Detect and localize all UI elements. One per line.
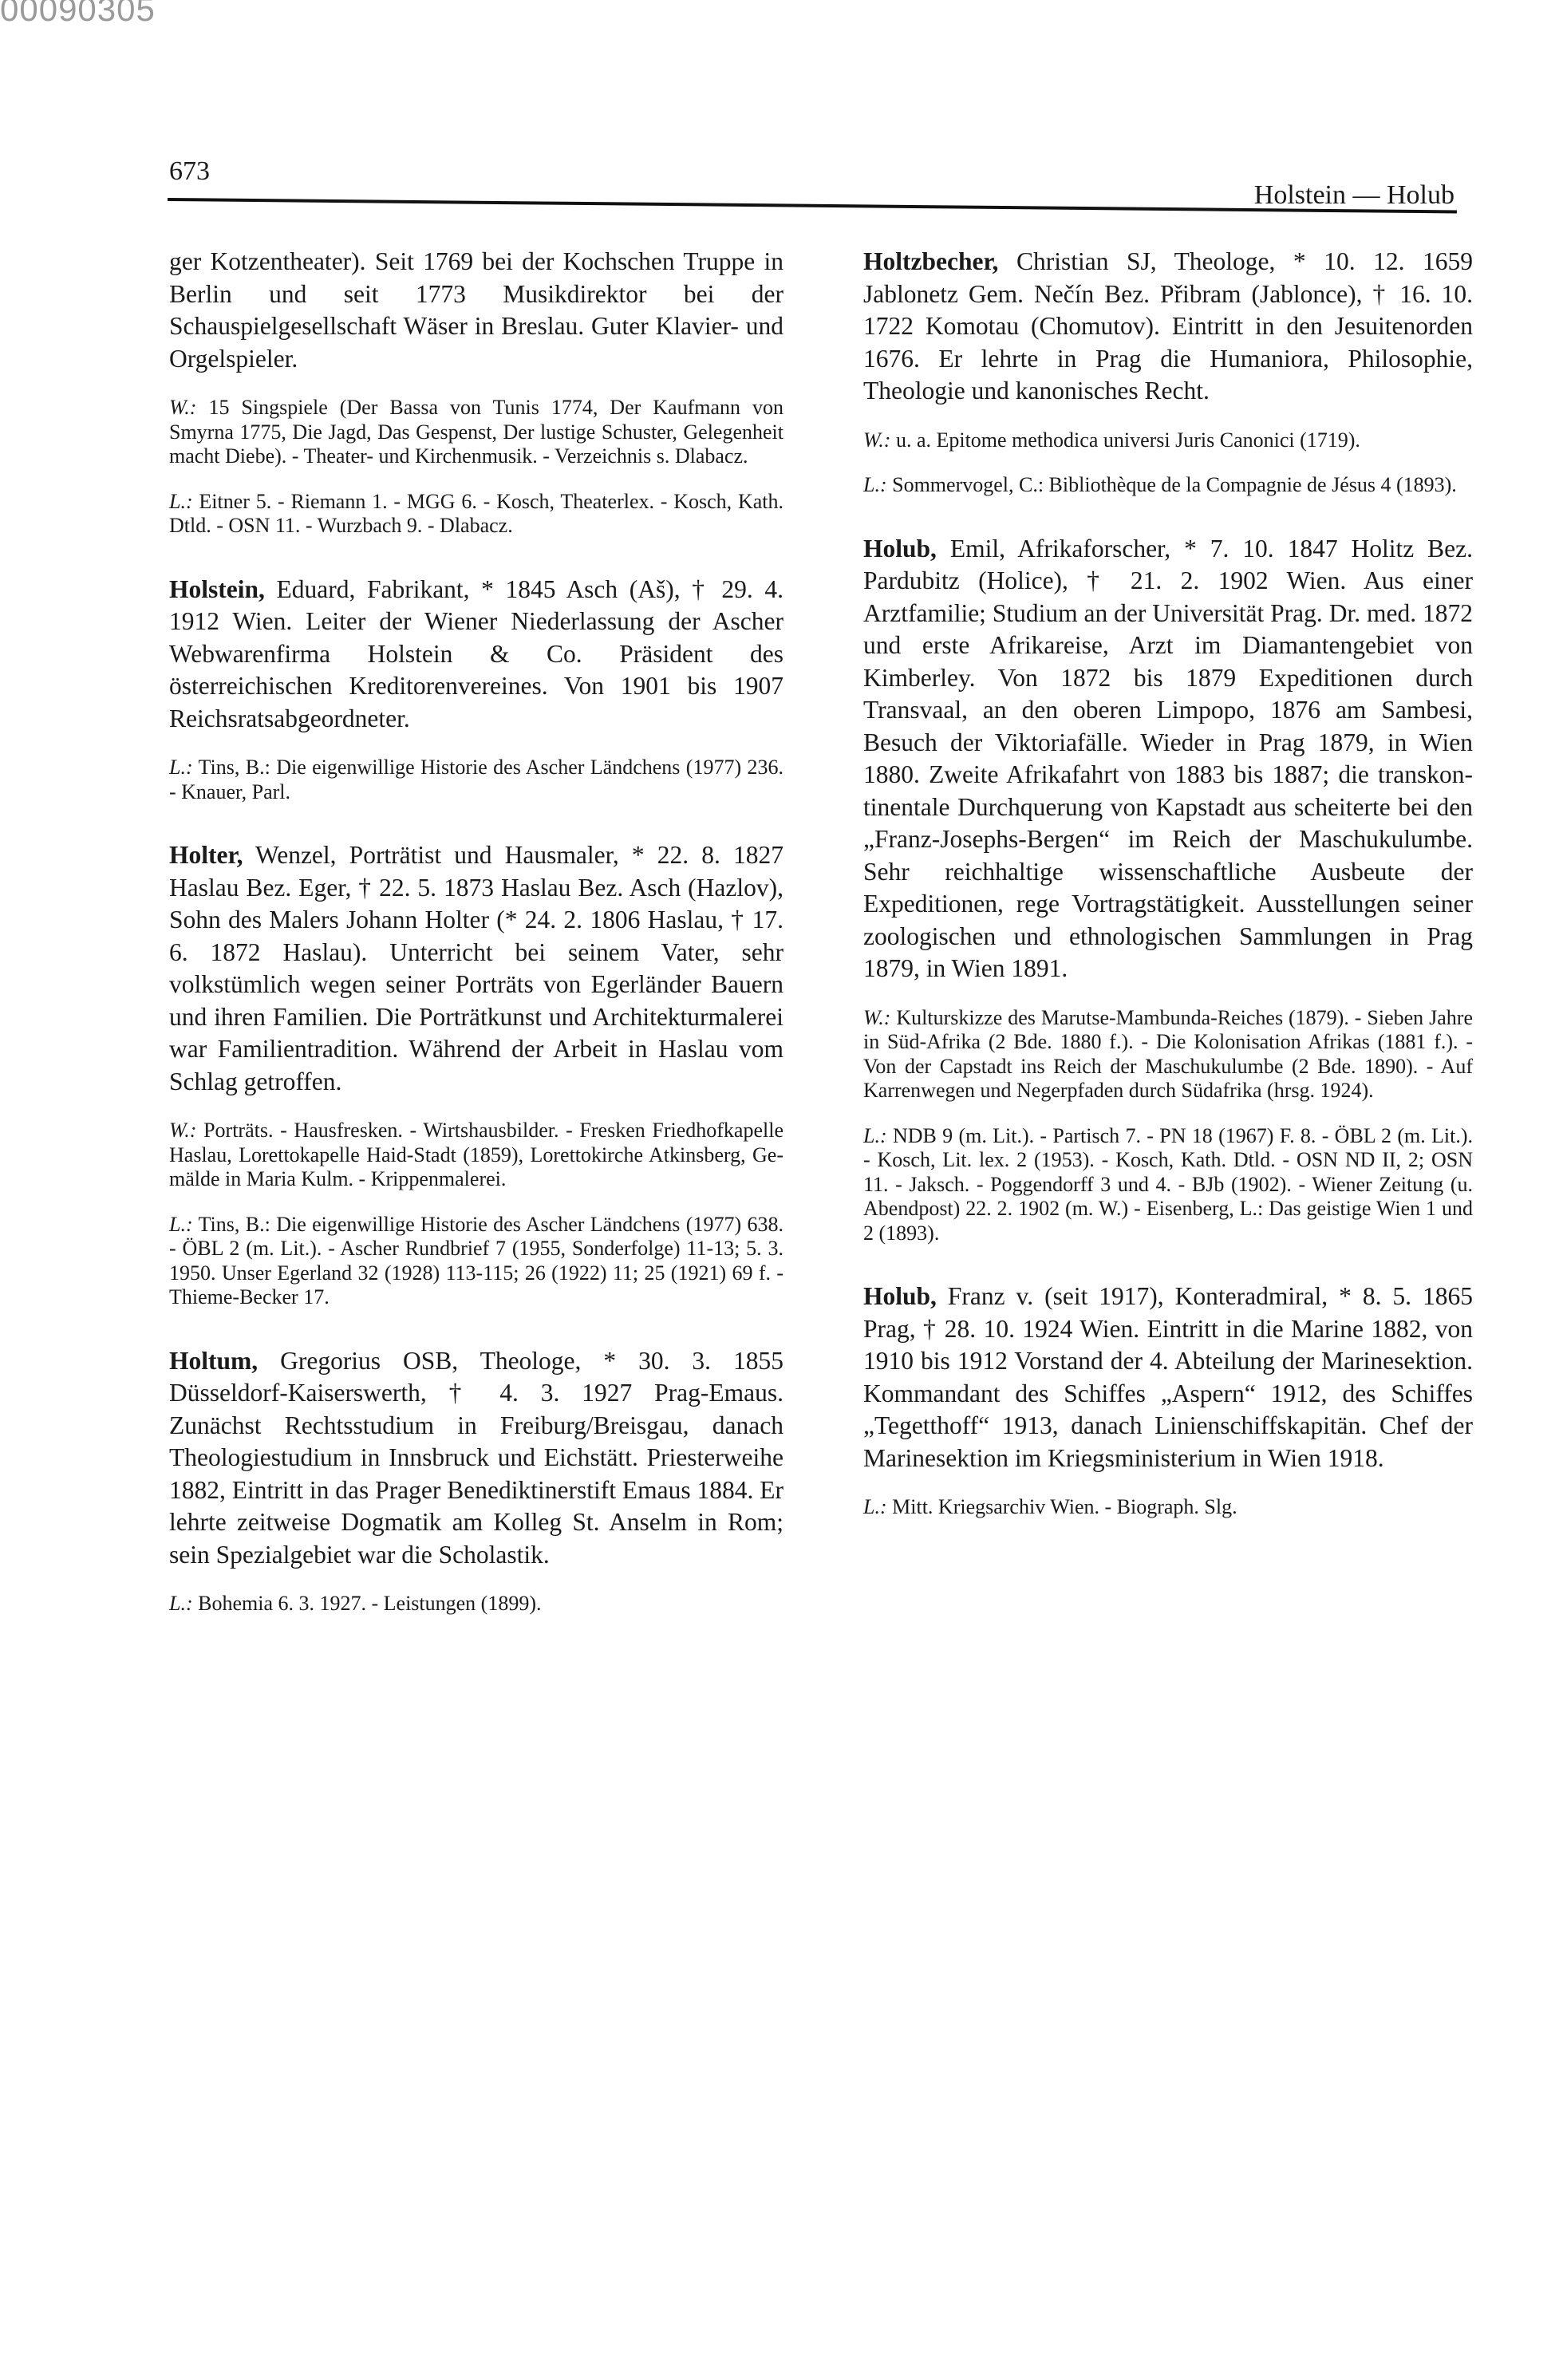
literature-label: L.: bbox=[169, 1213, 193, 1236]
literature-text: NDB 9 (m. Lit.). - Partisch 7. - PN 18 (… bbox=[863, 1124, 1473, 1245]
works-list: W.: 15 Singspiele (Der Bassa von Tunis 1… bbox=[169, 396, 783, 469]
left-column: ger Kotzentheater). Seit 1769 bei der Ko… bbox=[169, 246, 783, 1652]
literature-list: L.: Bohemia 6. 3. 1927. - Leistungen (18… bbox=[169, 1592, 783, 1616]
entry-holter-wenzel: Holter, Wenzel, Porträtist und Hausmaler… bbox=[169, 839, 783, 1310]
entry-body: Holtzbecher, Christian SJ, Theologe, * 1… bbox=[863, 246, 1473, 408]
entry-text: Franz v. (seit 1917), Konteradmiral, * 8… bbox=[863, 1282, 1473, 1472]
entry-text: Emil, Afrikaforscher, * 7. 10. 1847 Ho­l… bbox=[863, 535, 1473, 983]
works-label: W.: bbox=[169, 396, 196, 419]
entry-body: Holub, Franz v. (seit 1917), Konteradmir… bbox=[863, 1281, 1473, 1474]
literature-text: Sommervogel, C.: Bibliothèque de la Comp… bbox=[892, 473, 1457, 496]
running-head: Holstein — Holub bbox=[1254, 180, 1454, 211]
entry-body: Holstein, Eduard, Fabrikant, * 1845 Asch… bbox=[169, 574, 783, 736]
entry-headword: Holub, bbox=[863, 535, 937, 562]
works-list: W.: u. a. Epitome methodica universi Jur… bbox=[863, 428, 1473, 453]
literature-label: L.: bbox=[863, 473, 887, 496]
literature-label: L.: bbox=[169, 756, 193, 779]
works-text: Porträts. - Hausfresken. - Wirtshausbild… bbox=[169, 1119, 783, 1190]
entry-body: Holter, Wenzel, Porträtist und Hausmaler… bbox=[169, 839, 783, 1098]
entry-text: Wenzel, Porträtist und Hausmaler, * 22. … bbox=[169, 841, 783, 1095]
works-label: W.: bbox=[169, 1119, 196, 1142]
entry-body: Holtum, Gregorius OSB, Theologe, * 30. 3… bbox=[169, 1345, 783, 1572]
entry-headword: Holter, bbox=[169, 841, 243, 869]
literature-text: Tins, B.: Die eigenwillige Historie des … bbox=[169, 1213, 783, 1309]
right-column: Holtzbecher, Christian SJ, Theologe, * 1… bbox=[863, 246, 1473, 1555]
literature-label: L.: bbox=[169, 1592, 193, 1615]
literature-label: L.: bbox=[863, 1495, 887, 1518]
literature-text: Bohemia 6. 3. 1927. - Leistungen (1899). bbox=[198, 1592, 541, 1615]
entry-headword: Holtum, bbox=[169, 1347, 258, 1375]
entry-holub-emil: Holub, Emil, Afrikaforscher, * 7. 10. 18… bbox=[863, 533, 1473, 1246]
entry-body: ger Kotzentheater). Seit 1769 bei der Ko… bbox=[169, 246, 783, 375]
literature-label: L.: bbox=[863, 1124, 887, 1147]
entry-text: Gregorius OSB, Theologe, * 30. 3. 1855 D… bbox=[169, 1347, 783, 1569]
works-text: Kulturskizze des Marutse-Mambunda-Reiche… bbox=[863, 1006, 1473, 1103]
entry-headword: Holtzbecher, bbox=[863, 247, 998, 275]
entry-holtzbecher-christian: Holtzbecher, Christian SJ, Theologe, * 1… bbox=[863, 246, 1473, 498]
works-text: 15 Singspiele (Der Bassa von Tunis 1774,… bbox=[169, 396, 783, 468]
entry-headword: Holstein, bbox=[169, 575, 265, 603]
works-text: u. a. Epitome methodica universi Juris C… bbox=[896, 428, 1360, 452]
literature-list: L.: Sommervogel, C.: Bibliothèque de la … bbox=[863, 473, 1473, 498]
literature-text: Eitner 5. - Riemann 1. - MGG 6. - Kosch,… bbox=[169, 490, 783, 538]
entry-holub-franz: Holub, Franz v. (seit 1917), Konteradmir… bbox=[863, 1281, 1473, 1520]
literature-label: L.: bbox=[169, 490, 193, 513]
works-list: W.: Porträts. - Hausfresken. - Wirtshaus… bbox=[169, 1119, 783, 1192]
literature-text: Mitt. Kriegsarchiv Wien. - Biograph. Slg… bbox=[892, 1495, 1237, 1518]
literature-list: L.: Eitner 5. - Riemann 1. - MGG 6. - Ko… bbox=[169, 490, 783, 539]
literature-list: L.: Mitt. Kriegsarchiv Wien. - Biograph.… bbox=[863, 1495, 1473, 1520]
literature-list: L.: Tins, B.: Die eigenwillige Historie … bbox=[169, 1213, 783, 1310]
literature-list: L.: NDB 9 (m. Lit.). - Partisch 7. - PN … bbox=[863, 1124, 1473, 1246]
works-label: W.: bbox=[863, 428, 890, 452]
entry-continued: ger Kotzentheater). Seit 1769 bei der Ko… bbox=[169, 246, 783, 539]
entry-body: Holub, Emil, Afrikaforscher, * 7. 10. 18… bbox=[863, 533, 1473, 985]
entry-headword: Holub, bbox=[863, 1282, 937, 1310]
entry-holtum-gregorius: Holtum, Gregorius OSB, Theologe, * 30. 3… bbox=[169, 1345, 783, 1616]
works-label: W.: bbox=[863, 1006, 890, 1029]
page-number: 673 bbox=[169, 156, 210, 187]
entry-holstein-eduard: Holstein, Eduard, Fabrikant, * 1845 Asch… bbox=[169, 574, 783, 805]
works-list: W.: Kulturskizze des Marutse-Mambunda-Re… bbox=[863, 1006, 1473, 1103]
literature-text: Tins, B.: Die eigenwillige Historie des … bbox=[169, 756, 783, 803]
literature-list: L.: Tins, B.: Die eigenwillige Historie … bbox=[169, 756, 783, 804]
scan-id: 00090305 bbox=[0, 0, 156, 29]
